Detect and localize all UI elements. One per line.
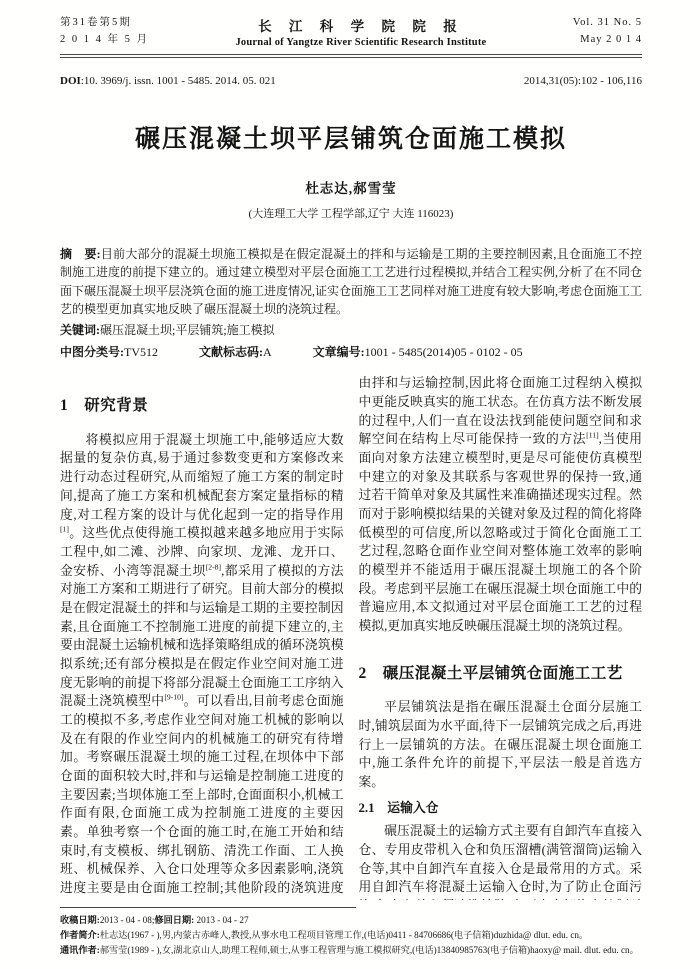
article-id: 文章编号:1001 - 5485(2014)05 - 0102 - 05 bbox=[313, 345, 523, 359]
abstract-text: 目前大部分的混凝土坝施工模拟是在假定混凝土的拌和与运输是工期的主要控制因素,且仓… bbox=[60, 247, 642, 317]
journal-title-en: Journal of Yangtze River Scientific Rese… bbox=[235, 37, 486, 48]
paragraph-method: 平层铺筑法是指在碾压混凝土仓面分层施工时,铺筑层面为水平面,待下一层铺筑完成之后… bbox=[359, 698, 643, 791]
date-en: May 2 0 1 4 bbox=[573, 31, 642, 48]
header-divider bbox=[60, 54, 642, 58]
section-2-heading: 2 碾压混凝土平层铺筑仓面施工工艺 bbox=[359, 663, 643, 686]
authors: 杜志达,郝雪莹 bbox=[60, 177, 642, 197]
affiliation: (大连理工大学 工程学部,辽宁 大连 116023) bbox=[60, 205, 642, 221]
received-dates: 收稿日期:2013 - 04 - 08;修回日期: 2013 - 04 - 27 bbox=[60, 913, 642, 928]
journal-title-cn: 长 江 科 学 院 院 报 bbox=[235, 15, 486, 35]
keywords-label: 关键词: bbox=[60, 323, 100, 337]
corresponding-author: 通讯作者:郝雪莹(1989 - ),女,湖北京山人,助理工程师,硕士,从事工程管… bbox=[60, 943, 642, 958]
doi-value: :10. 3969/j. issn. 1001 - 5485. 2014. 05… bbox=[81, 75, 276, 87]
meta-block: 摘 要:目前大部分的混凝土坝施工模拟是在假定混凝土的拌和与运输是工期的主要控制因… bbox=[60, 245, 642, 362]
section-1-heading: 1 研究背景 bbox=[60, 395, 344, 418]
abstract-label: 摘 要: bbox=[60, 247, 101, 261]
citation-info: 2014,31(05):102 - 106,116 bbox=[524, 75, 642, 87]
document-code: 文献标志码:A bbox=[199, 345, 272, 359]
volume-issue-cn: 第31卷第5期 bbox=[60, 14, 149, 31]
volume-issue-info-en: Vol. 31 No. 5 May 2 0 1 4 bbox=[573, 14, 642, 49]
left-column: 1 研究背景 将模拟应用于混凝土坝施工中,能够适应大数据量的复杂仿真,易于通过参… bbox=[60, 374, 344, 900]
footnote-divider bbox=[60, 907, 356, 908]
doi-row: DOI:10. 3969/j. issn. 1001 - 5485. 2014.… bbox=[60, 75, 642, 87]
keywords-text: 碾压混凝土坝;平层铺筑;施工模拟 bbox=[100, 323, 275, 337]
doi: DOI:10. 3969/j. issn. 1001 - 5485. 2014.… bbox=[60, 75, 276, 87]
abstract: 摘 要:目前大部分的混凝土坝施工模拟是在假定混凝土的拌和与运输是工期的主要控制因… bbox=[60, 245, 642, 319]
doi-label: DOI bbox=[60, 75, 81, 87]
section-2-1-heading: 2.1 运输入仓 bbox=[359, 799, 643, 818]
keywords: 关键词:碾压混凝土坝;平层铺筑;施工模拟 bbox=[60, 321, 642, 340]
paper-page: 第31卷第5期 2 0 1 4 年 5 月 长 江 科 学 院 院 报 Jour… bbox=[0, 0, 700, 969]
paragraph-transport: 碾压混凝土的运输方式主要有自卸汽车直接入仓、专用皮带机入仓和负压溜槽(满管溜筒)… bbox=[359, 822, 643, 900]
body-columns: 1 研究背景 将模拟应用于混凝土坝施工中,能够适应大数据量的复杂仿真,易于通过参… bbox=[60, 374, 642, 900]
author-bio: 作者简介:杜志达(1967 - ),男,内蒙古赤峰人,教授,从事水电工程项目管理… bbox=[60, 928, 642, 943]
date-cn: 2 0 1 4 年 5 月 bbox=[60, 31, 149, 48]
journal-header: 第31卷第5期 2 0 1 4 年 5 月 长 江 科 学 院 院 报 Jour… bbox=[60, 14, 642, 49]
journal-title-block: 长 江 科 学 院 院 报 Journal of Yangtze River S… bbox=[235, 15, 486, 48]
footnotes: 收稿日期:2013 - 04 - 08;修回日期: 2013 - 04 - 27… bbox=[60, 913, 642, 957]
article-title: 碾压混凝土坝平层铺筑仓面施工模拟 bbox=[60, 119, 642, 155]
right-column: 由拌和与运输控制,因此将仓面施工过程纳入模拟中更能反映真实的施工状态。在仿真方法… bbox=[359, 374, 643, 900]
volume-issue-info: 第31卷第5期 2 0 1 4 年 5 月 bbox=[60, 14, 149, 49]
paragraph-background-cont: 由拌和与运输控制,因此将仓面施工过程纳入模拟中更能反映真实的施工状态。在仿真方法… bbox=[359, 374, 643, 635]
volume-issue-en: Vol. 31 No. 5 bbox=[573, 14, 642, 31]
paragraph-background: 将模拟应用于混凝土坝施工中,能够适应大数据量的复杂仿真,易于通过参数变更和方案修… bbox=[60, 431, 344, 900]
classification-line: 中图分类号:TV512 文献标志码:A 文章编号:1001 - 5485(201… bbox=[60, 343, 642, 362]
clc-number: 中图分类号:TV512 bbox=[60, 345, 158, 359]
